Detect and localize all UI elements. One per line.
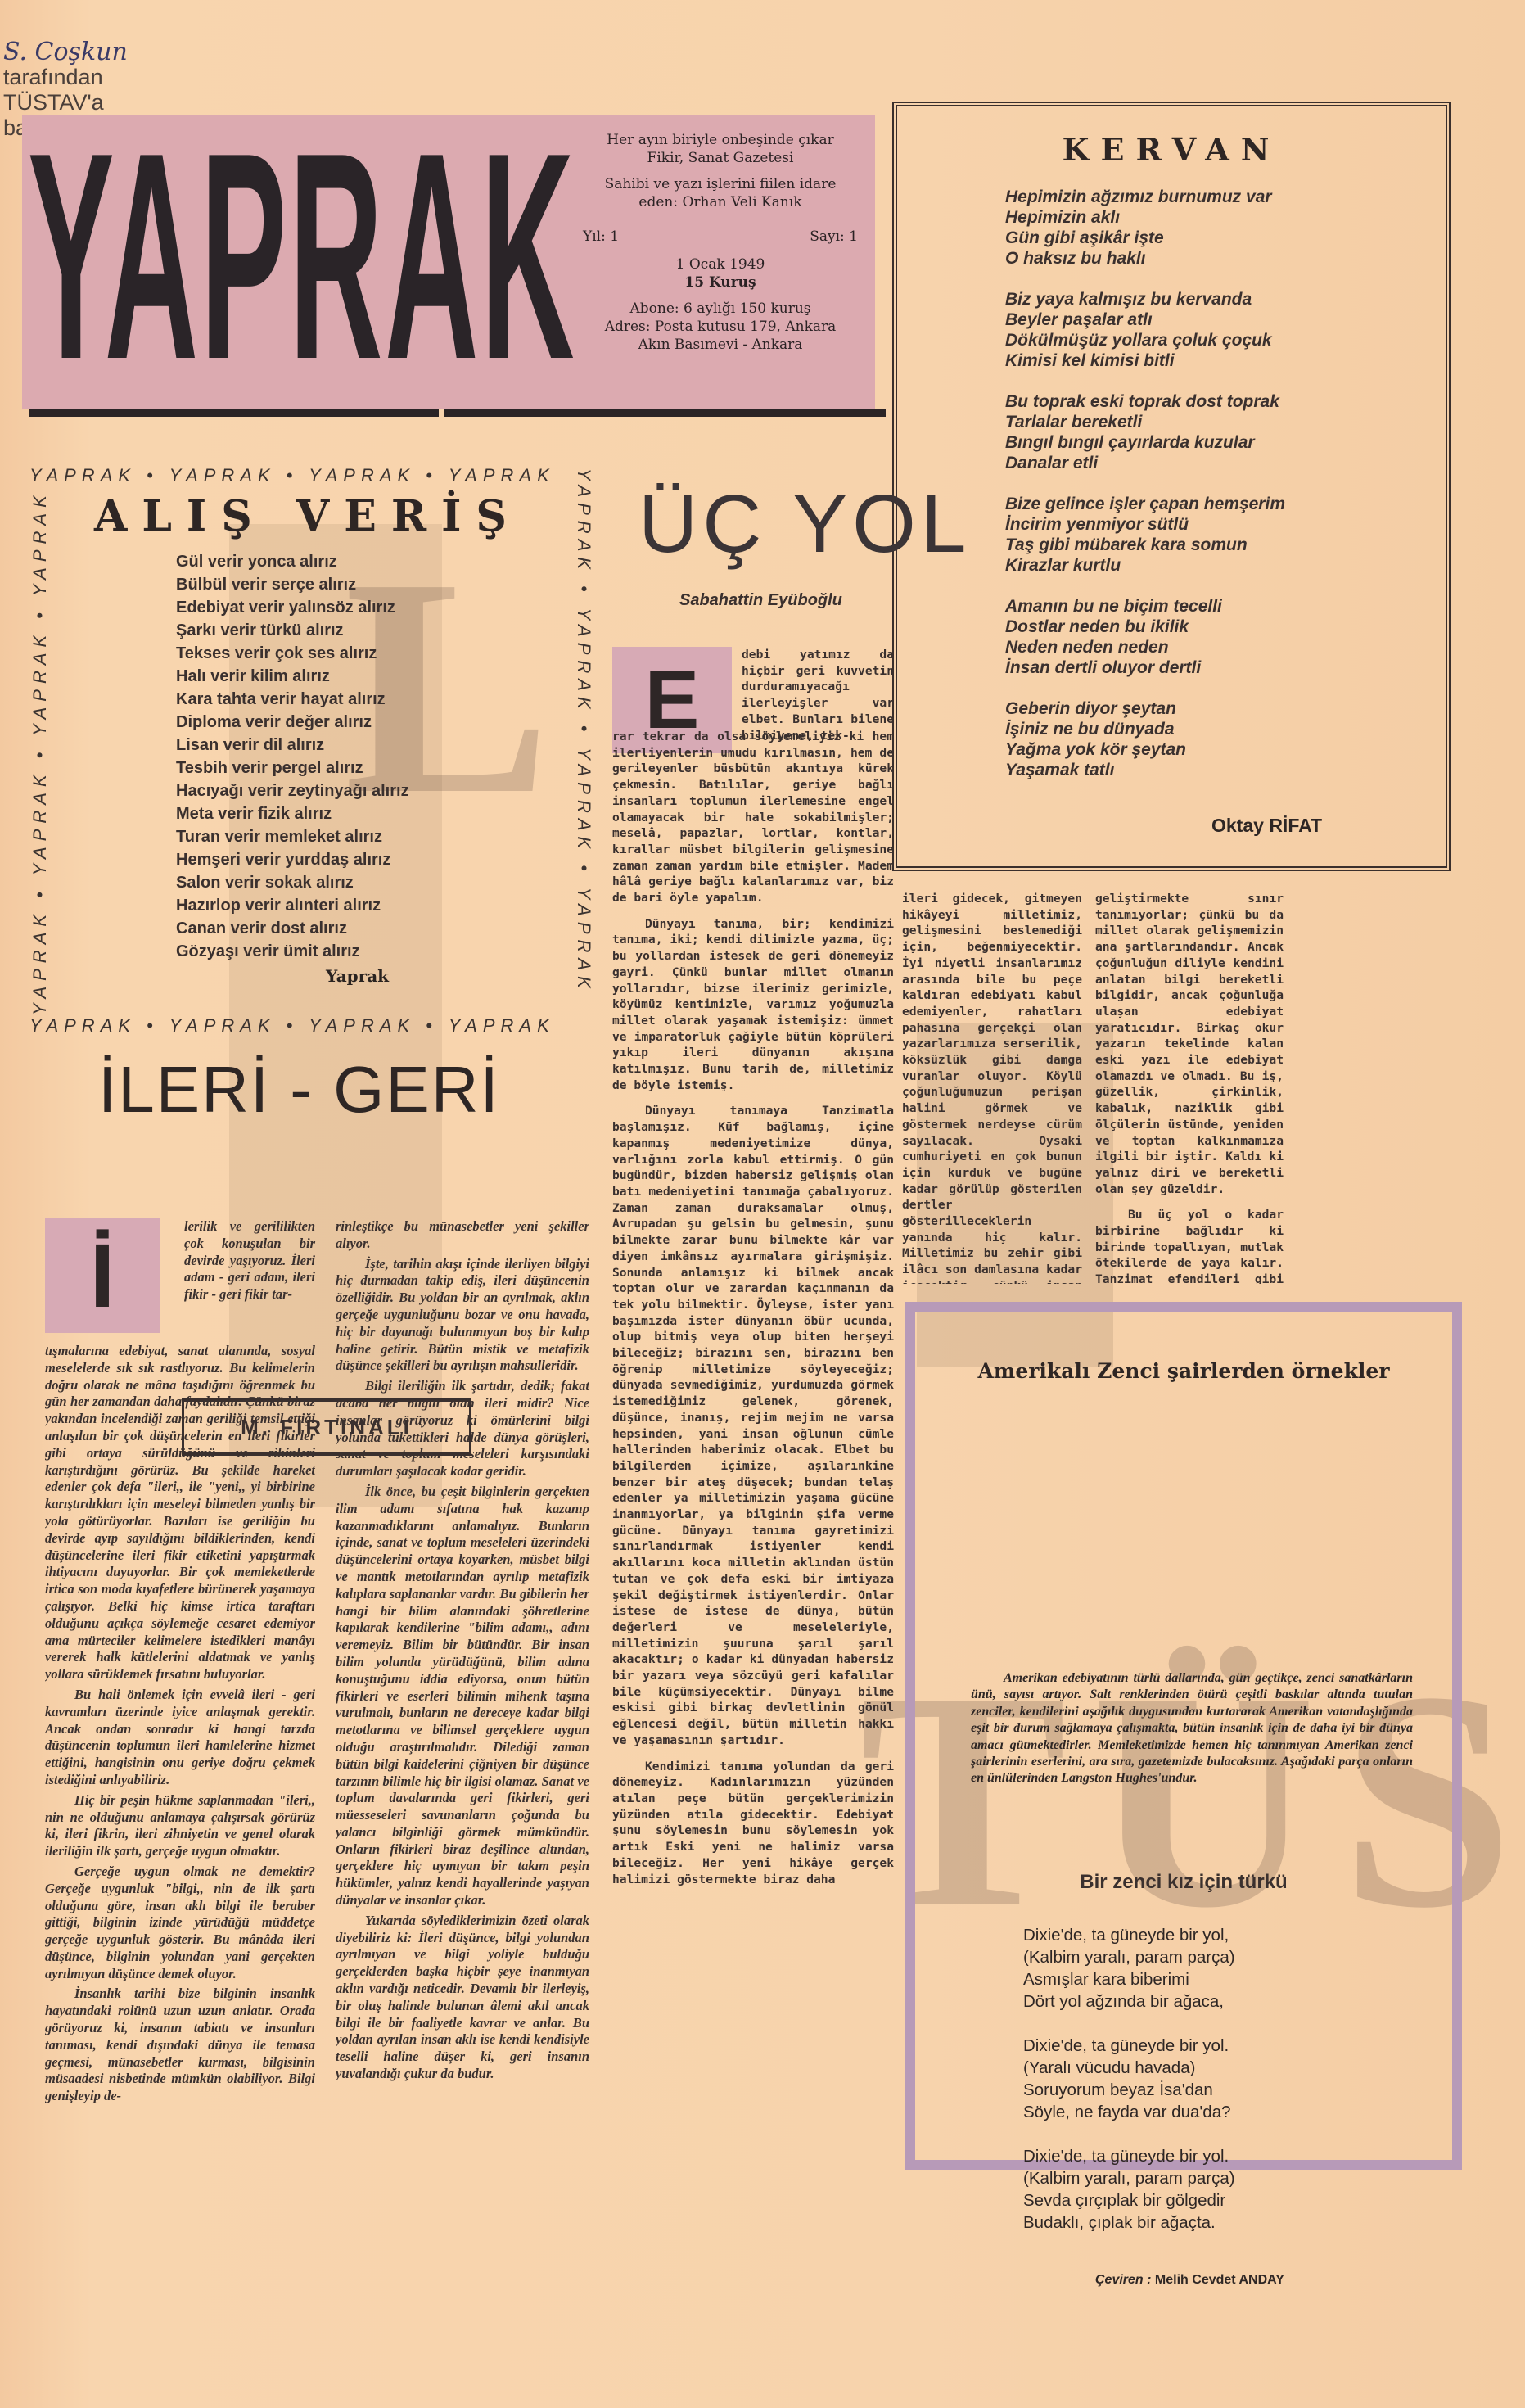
poem-line: Gül verir yonca alırız — [176, 550, 409, 573]
ileri-geri-author: M. FIRTINALI — [182, 1398, 471, 1456]
stanza: Geberin diyor şeytanİşiniz ne bu dünyada… — [1005, 698, 1285, 780]
donation-line: tarafından — [3, 65, 142, 90]
ileri-geri-title: İLERİ - GERİ — [98, 1052, 500, 1127]
uc-yol-column-3: geliştirmekte sınır tanımıyorlar; çünkü … — [1095, 891, 1284, 1284]
translator-name: Melih Cevdet ANDAY — [1155, 2273, 1284, 2287]
ileri-geri-column-1: tışmalarına edebiyat, sanat alanında, so… — [45, 1343, 315, 2366]
stanza: Hepimizin ağzımız burnumuz varHepimizin … — [1005, 187, 1285, 269]
address: Adres: Posta kutusu 179, Ankara — [573, 318, 868, 336]
masthead-rule — [444, 409, 886, 417]
poem-line: (Kalbim yaralı, param parça) — [1023, 1946, 1235, 1968]
stanza: Dixie'de, ta güneyde bir yol,(Kalbim yar… — [1023, 1924, 1235, 2013]
zenci-poem: Dixie'de, ta güneyde bir yol,(Kalbim yar… — [1023, 1924, 1235, 2256]
poem-line: Kara tahta verir hayat alırız — [176, 688, 409, 711]
poem-line: Hazırlop verir alınteri alırız — [176, 894, 409, 917]
paragraph: Bu üç yol o kadar birbirine bağlıdır ki … — [1095, 1207, 1284, 1284]
tagline-line: Fikir, Sanat Gazetesi — [647, 150, 794, 166]
paragraph: tışmalarına edebiyat, sanat alanında, so… — [45, 1343, 315, 1683]
paragraph: Yukarıda söylediklerimizin özeti olarak … — [336, 1913, 589, 2083]
year: Yıl: 1 — [583, 228, 619, 246]
poem-line: Dostlar neden bu ikilik — [1005, 617, 1285, 637]
poem-line: Dökülmüşüz yollara çoluk çoçuk — [1005, 330, 1285, 350]
uc-yol-column-2: ileri gidecek, gitmeyen hikâyeyi milleti… — [902, 891, 1082, 1284]
poem-line: Beyler paşalar atlı — [1005, 309, 1285, 330]
printer: Akın Basımevi - Ankara — [573, 336, 868, 354]
tagline-line: Her ayın biriyle onbeşinde çıkar — [607, 132, 833, 148]
poem-line: Dixie'de, ta güneyde bir yol. — [1023, 2035, 1235, 2057]
poem-line: Bıngıl bıngıl çayırlarda kuzular — [1005, 432, 1285, 453]
poem-line: Tarlalar bereketli — [1005, 412, 1285, 432]
poem-line: Geberin diyor şeytan — [1005, 698, 1285, 719]
poem-line: Asmışlar kara biberimi — [1023, 1968, 1235, 1990]
uc-yol-title: ÜÇ YOL — [638, 483, 972, 565]
translator-label: Çeviren : — [1095, 2273, 1151, 2287]
alis-veris-title: ALIŞ VERİŞ — [94, 491, 521, 541]
uc-yol-column-1: rar tekrar da olsa söylemeliyiz ki hem i… — [612, 729, 894, 2391]
kervan-author: Oktay RİFAT — [1211, 815, 1322, 837]
paragraph: İşte, tarihin akışı içinde ilerliyen bil… — [336, 1256, 589, 1376]
yaprak-border-bottom: YAPRAK • YAPRAK • YAPRAK • YAPRAK — [29, 1015, 555, 1037]
paragraph: ileri gidecek, gitmeyen hikâyeyi milleti… — [902, 891, 1082, 1284]
poem-line: İşiniz ne bu dünyada — [1005, 719, 1285, 739]
paragraph: İnsanlık tarihi bize bilginin insanlık h… — [45, 1986, 315, 2105]
price: 15 Kuruş — [573, 273, 868, 291]
paragraph: lerilik ve gerililikten çok konuşulan bi… — [184, 1218, 315, 1303]
paragraph: Dünyayı tanıma, bir; kendimizi tanıma, i… — [612, 916, 894, 1094]
paragraph: rar tekrar da olsa söylemeliyiz ki hem i… — [612, 729, 894, 906]
poem-line: Taş gibi mübarek kara somun — [1005, 535, 1285, 555]
subscription: Abone: 6 aylığı 150 kuruş — [573, 300, 868, 318]
poem-line: (Kalbim yaralı, param parça) — [1023, 2167, 1235, 2189]
stanza: Bize gelince işler çapan hemşerimİncirim… — [1005, 494, 1285, 576]
masthead-title: YAPRAK — [28, 124, 388, 388]
ileri-geri-drop-cap: İ — [45, 1218, 160, 1333]
paragraph: Kendimizi tanıma yolundan da geri döneme… — [612, 1759, 894, 1888]
poem-line: Tekses verir çok ses alırız — [176, 642, 409, 665]
poem-line: Gözyaşı verir ümit alırız — [176, 940, 409, 963]
poem-line: Gün gibi aşikâr işte — [1005, 228, 1285, 248]
kervan-title: KERVAN — [892, 131, 1451, 168]
poem-line: Dixie'de, ta güneyde bir yol. — [1023, 2145, 1235, 2167]
poem-line: Hepimizin aklı — [1005, 207, 1285, 228]
poem-line: Diploma verir değer alırız — [176, 711, 409, 734]
masthead-info: Her ayın biriyle onbeşinde çıkarFikir, S… — [573, 131, 868, 354]
paragraph: Hiç bir peşin hükme saplanmadan "ileri,,… — [45, 1792, 315, 1860]
poem-line: Danalar etli — [1005, 453, 1285, 473]
poem-line: Edebiyat verir yalınsöz alırız — [176, 596, 409, 619]
poem-line: Dixie'de, ta güneyde bir yol, — [1023, 1924, 1235, 1946]
poem-line: Kirazlar kurtlu — [1005, 555, 1285, 576]
stanza: Biz yaya kalmışız bu kervandaBeyler paşa… — [1005, 289, 1285, 371]
paragraph: Dünyayı tanımaya Tanzimatla başlamışız. … — [612, 1103, 894, 1748]
poem-line: Tesbih verir pergel alırız — [176, 757, 409, 779]
poem-line: Soruyorum beyaz İsa'dan — [1023, 2079, 1235, 2101]
donor-signature: S. Coşkun — [3, 39, 142, 65]
alis-veris-signature: Yaprak — [326, 966, 389, 986]
uc-yol-author: Sabahattin Eyüboğlu — [679, 591, 842, 610]
amerikali-intro: Amerikan edebiyatının türlü dallarında, … — [971, 1670, 1413, 1787]
ileri-geri-intro: lerilik ve gerililikten çok konuşulan bi… — [184, 1218, 315, 1307]
poem-line: Şarkı verir türkü alırız — [176, 619, 409, 642]
alis-veris-poem: Gül verir yonca alırızBülbül verir serçe… — [176, 550, 409, 963]
stanza: Bu toprak eski toprak dost toprakTarlala… — [1005, 391, 1285, 473]
issue-number: Sayı: 1 — [810, 228, 858, 246]
paragraph: Bu hali önlemek için evvelâ ileri - geri… — [45, 1687, 315, 1789]
masthead-rule — [29, 409, 439, 417]
poem-line: Bize gelince işler çapan hemşerim — [1005, 494, 1285, 514]
translator-credit: Çeviren : Melih Cevdet ANDAY — [1095, 2273, 1284, 2288]
ileri-geri-column-2: rinleştikçe bu münasebetler yeni şekille… — [336, 1218, 589, 2365]
issue-date: 1 Ocak 1949 — [573, 255, 868, 273]
poem-line: Turan verir memleket alırız — [176, 825, 409, 848]
poem-line: Yaşamak tatlı — [1005, 760, 1285, 780]
poem-line: Halı verir kilim alırız — [176, 665, 409, 688]
poem-line: Neden neden neden — [1005, 637, 1285, 657]
amerikali-title: Amerikalı Zenci şairlerden örnekler — [905, 1359, 1462, 1383]
poem-line: Söyle, ne fayda var dua'da? — [1023, 2101, 1235, 2123]
stanza: Amanın bu ne biçim tecelliDostlar neden … — [1005, 596, 1285, 678]
yaprak-border-left: YAPRAK • YAPRAK • YAPRAK • YAPRAK — [29, 491, 51, 1015]
poem-line: Salon verir sokak alırız — [176, 871, 409, 894]
poem-line: Budaklı, çıplak bir ağaçta. — [1023, 2211, 1235, 2234]
poem-line: Meta verir fizik alırız — [176, 802, 409, 825]
poem-line: Dört yol ağzında bir ağaca, — [1023, 1990, 1235, 2013]
poem-line: Hemşeri verir yurddaş alırız — [176, 848, 409, 871]
stanza: Dixie'de, ta güneyde bir yol.(Yaralı vüc… — [1023, 2035, 1235, 2123]
poem-line: Amanın bu ne biçim tecelli — [1005, 596, 1285, 617]
kervan-poem: Hepimizin ağzımız burnumuz varHepimizin … — [1005, 187, 1285, 801]
poem-line: İncirim yenmiyor sütlü — [1005, 514, 1285, 535]
owner-line: eden: Orhan Veli Kanık — [638, 194, 801, 210]
paragraph: İlk önce, bu çeşit bilginlerin gerçekten… — [336, 1484, 589, 1909]
poem-line: Kimisi kel kimisi bitli — [1005, 350, 1285, 371]
masthead-wordmark: YAPRAK — [28, 124, 576, 388]
poem-line: (Yaralı vücudu havada) — [1023, 2057, 1235, 2079]
poem-line: Bülbül verir serçe alırız — [176, 573, 409, 596]
poem-line: Bu toprak eski toprak dost toprak — [1005, 391, 1285, 412]
poem-title: Bir zenci kız için türkü — [905, 1871, 1462, 1894]
yaprak-border-right: YAPRAK • YAPRAK • YAPRAK • YAPRAK — [573, 468, 594, 1009]
paragraph: Gerçeğe uygun olmak ne demektir? Gerçeğe… — [45, 1864, 315, 1983]
poem-line: Hepimizin ağzımız burnumuz var — [1005, 187, 1285, 207]
poem-line: Lisan verir dil alırız — [176, 734, 409, 757]
poem-line: Canan verir dost alırız — [176, 917, 409, 940]
poem-line: İnsan dertli oluyor dertli — [1005, 657, 1285, 678]
stanza: Dixie'de, ta güneyde bir yol.(Kalbim yar… — [1023, 2145, 1235, 2234]
yaprak-border-top: YAPRAK • YAPRAK • YAPRAK • YAPRAK — [29, 465, 555, 486]
poem-line: O haksız bu haklı — [1005, 248, 1285, 269]
poem-line: Sevda çırçıplak bir gölgedir — [1023, 2189, 1235, 2211]
owner-line: Sahibi ve yazı işlerini fiilen idare — [605, 176, 837, 192]
paragraph: rinleştikçe bu münasebetler yeni şekille… — [336, 1218, 589, 1253]
poem-line: Biz yaya kalmışız bu kervanda — [1005, 289, 1285, 309]
poem-line: Yağma yok kör şeytan — [1005, 739, 1285, 760]
paragraph: geliştirmekte sınır tanımıyorlar; çünkü … — [1095, 891, 1284, 1197]
poem-line: Hacıyağı verir zeytinyağı alırız — [176, 779, 409, 802]
